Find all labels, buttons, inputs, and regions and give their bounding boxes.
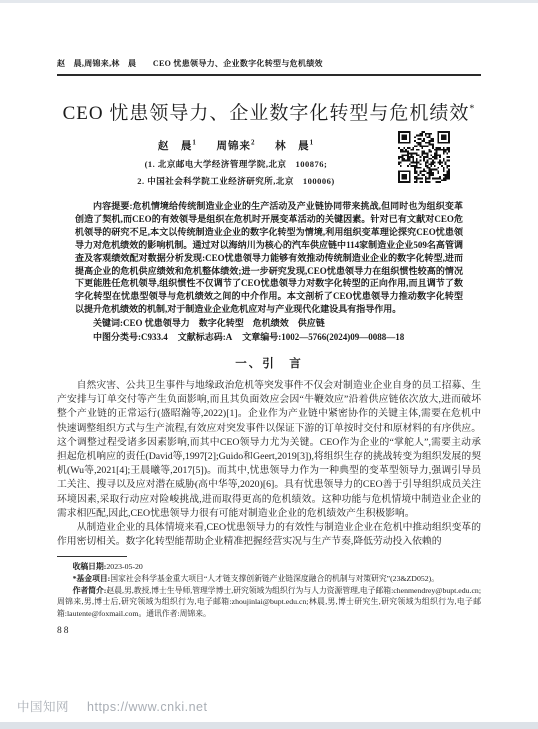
clc-value: C933.4 bbox=[141, 332, 168, 342]
body-paragraph-1: 自然灾害、公共卫生事件与地缘政治危机等突发事件不仅会对制造业企业自身的员工招募、… bbox=[57, 379, 481, 521]
clc-label: 中图分类号: bbox=[93, 332, 141, 342]
byline-block: 赵 晨1 周锦来2 林 晨1 (1. 北京邮电大学经济管理学院,北京 10087… bbox=[57, 138, 415, 187]
cnki-watermark-site: 中国知网 bbox=[17, 700, 69, 714]
affiliation-1: (1. 北京邮电大学经济管理学院,北京 100876; bbox=[57, 158, 415, 170]
footnotes: 收稿日期:2023-05-20 *基金项目:国家社会科学基金重大项目“人才链支撑… bbox=[57, 561, 481, 619]
author-3: 林 晨1 bbox=[275, 141, 314, 152]
keywords-line: 关键词:CEO 忧患领导力 数字化转型 危机绩效 供应链 bbox=[75, 317, 463, 330]
journal-page: 赵 晨,周锦来,林 晨 CEO 忧患领导力、企业数字化转型与危机绩效 CEO 忧… bbox=[0, 0, 538, 729]
article-title: CEO 忧患领导力、企业数字化转型与危机绩效* bbox=[57, 98, 481, 125]
doc-code-label: 文献标志码: bbox=[178, 332, 226, 342]
section-heading-introduction: 一、引 言 bbox=[57, 355, 481, 371]
page-number: 88 bbox=[57, 626, 481, 636]
page-content: 赵 晨,周锦来,林 晨 CEO 忧患领导力、企业数字化转型与危机绩效 CEO 忧… bbox=[0, 58, 538, 636]
cnki-watermark: 中国知网https://www.cnki.net bbox=[17, 697, 207, 715]
abstract-label: 内容提要: bbox=[93, 201, 132, 211]
keywords-text: CEO 忧患领导力 数字化转型 危机绩效 供应链 bbox=[123, 318, 325, 328]
classification-line: 中图分类号:C933.4文献标志码:A文章编号:1002—5766(2024)0… bbox=[75, 331, 463, 344]
abstract-paragraph: 内容提要:危机情境给传统制造业企业的生产活动及产业链协同带来挑战,但同时也为组织… bbox=[75, 200, 463, 316]
footnote-author-bio: 作者简介:赵晨,男,教授,博士生导师,管理学博士,研究领域为组织行为与人力资源管… bbox=[57, 585, 481, 620]
body-text: 自然灾害、公共卫生事件与地缘政治危机等突发事件不仅会对制造业企业自身的员工招募、… bbox=[57, 379, 481, 549]
author-1: 赵 晨1 bbox=[158, 141, 197, 152]
abstract-block: 内容提要:危机情境给传统制造业企业的生产活动及产业链协同带来挑战,但同时也为组织… bbox=[75, 200, 463, 344]
footnote-divider bbox=[57, 556, 127, 557]
footnote-funding: *基金项目:国家社会科学基金重大项目“人才链支撑创新链产业链深度融合的机制与对策… bbox=[57, 573, 481, 585]
author-2: 周锦来2 bbox=[217, 141, 256, 152]
article-id-label: 文章编号: bbox=[242, 332, 281, 342]
affiliation-2: 2. 中国社会科学院工业经济研究所,北京 100006) bbox=[57, 175, 415, 187]
cnki-watermark-url: https://www.cnki.net bbox=[87, 700, 207, 714]
qr-code bbox=[398, 131, 450, 183]
top-edge-strip bbox=[0, 0, 538, 3]
running-head: 赵 晨,周锦来,林 晨 CEO 忧患领导力、企业数字化转型与危机绩效 bbox=[57, 58, 481, 76]
keywords-label: 关键词: bbox=[93, 318, 123, 328]
article-id-value: 1002—5766(2024)09—0088—18 bbox=[281, 332, 404, 342]
title-footnote-mark: * bbox=[469, 104, 475, 115]
doc-code-value: A bbox=[226, 332, 233, 342]
article-title-text: CEO 忧患领导力、企业数字化转型与危机绩效 bbox=[63, 103, 470, 124]
body-paragraph-2: 从制造业企业的具体情境来看,CEO忧患领导力的有效性与制造业企业在危机中推动组织… bbox=[57, 521, 481, 549]
abstract-text: 危机情境给传统制造业企业的生产活动及产业链协同带来挑战,但同时也为组织变革创造了… bbox=[75, 201, 463, 314]
bottom-edge-strip bbox=[0, 722, 538, 729]
footnote-received-date: 收稿日期:2023-05-20 bbox=[57, 561, 481, 573]
author-line: 赵 晨1 周锦来2 林 晨1 bbox=[57, 138, 415, 153]
